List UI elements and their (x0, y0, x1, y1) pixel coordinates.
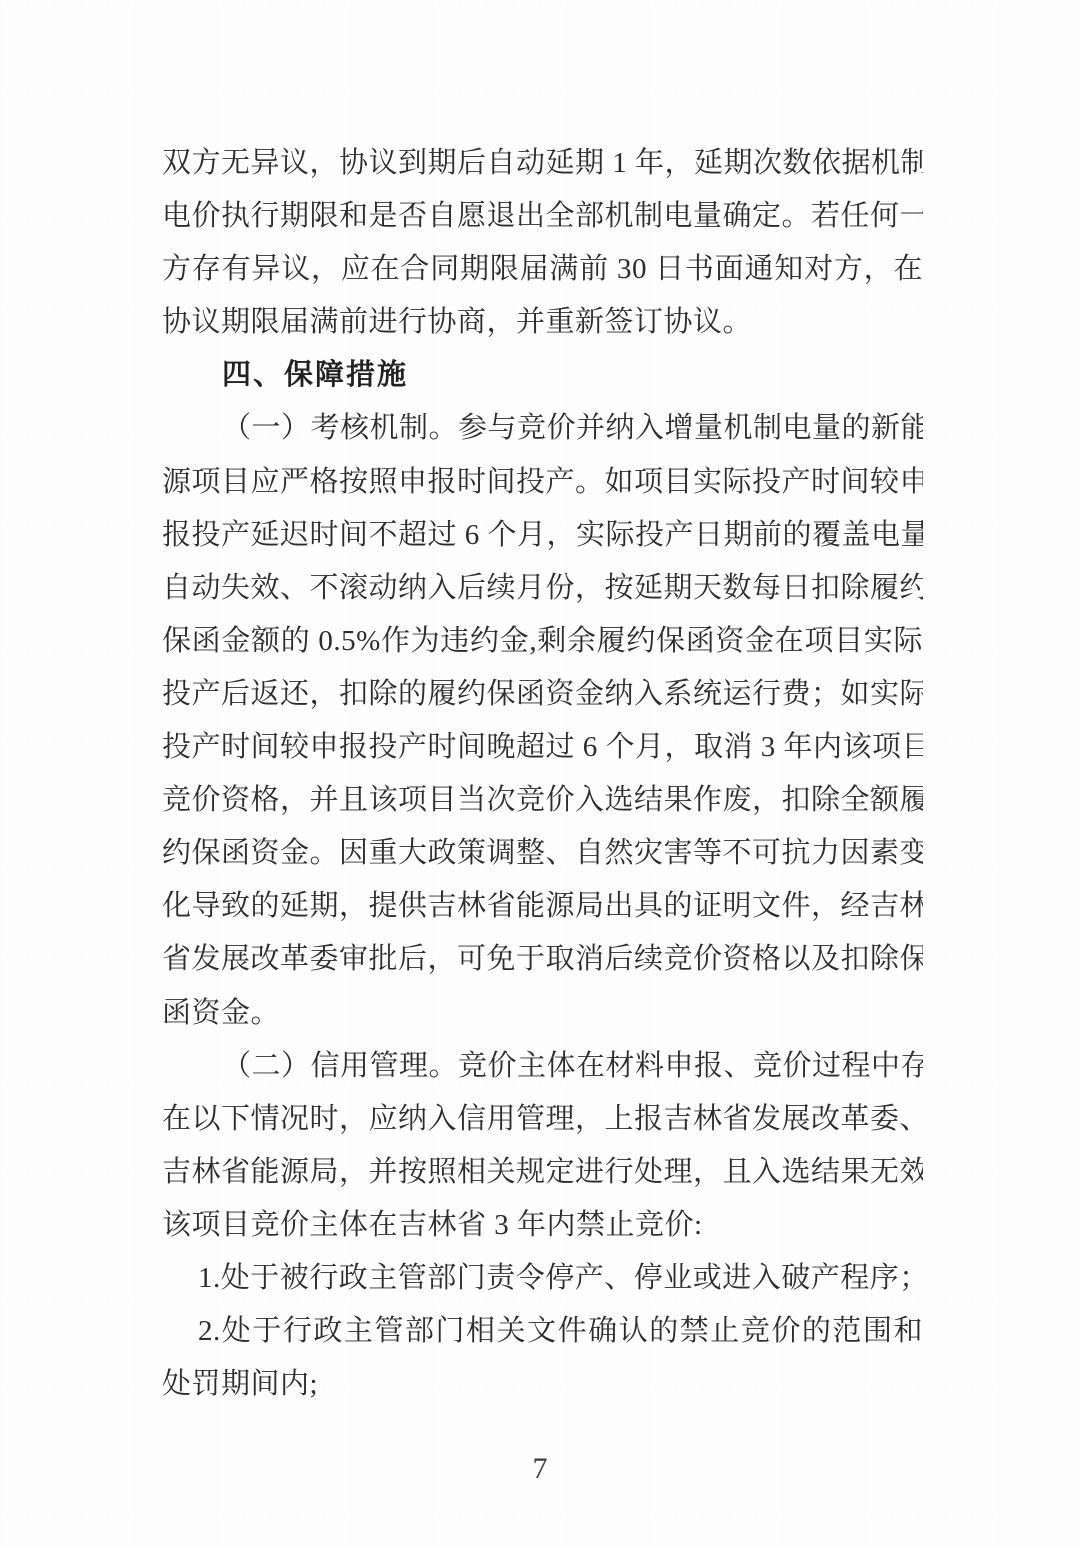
document-line: （一）考核机制。参与竞价并纳入增量机制电量的新能 (162, 402, 923, 455)
document-line: 保函金额的 0.5%作为违约金,剩余履约保函资金在项目实际 (162, 615, 923, 668)
document-line: 投产后返还，扣除的履约保函资金纳入系统运行费；如实际 (162, 668, 923, 721)
document-list-item: 1.处于被行政主管部门责令停产、停业或进入破产程序； (162, 1252, 923, 1305)
document-line: 源项目应严格按照申报时间投产。如项目实际投产时间较申 (162, 456, 923, 509)
document-line: 电价执行期限和是否自愿退出全部机制电量确定。若任何一 (162, 190, 923, 243)
document-line: 报投产延迟时间不超过 6 个月，实际投产日期前的覆盖电量 (162, 509, 923, 562)
document-line: 双方无异议，协议到期后自动延期 1 年，延期次数依据机制 (162, 137, 923, 190)
document-line: 化导致的延期，提供吉林省能源局出具的证明文件，经吉林 (162, 880, 923, 933)
document-line: 在以下情况时，应纳入信用管理，上报吉林省发展改革委、 (162, 1093, 923, 1146)
document-line: 该项目竞价主体在吉林省 3 年内禁止竞价: (162, 1199, 923, 1252)
document-line: 协议期限届满前进行协商，并重新签订协议。 (162, 296, 923, 349)
document-line: 方存有异议，应在合同期限届满前 30 日书面通知对方，在 (162, 243, 923, 296)
document-line: 函资金。 (162, 987, 923, 1040)
document-line: 约保函资金。因重大政策调整、自然灾害等不可抗力因素变 (162, 827, 923, 880)
document-text-block: 双方无异议，协议到期后自动延期 1 年，延期次数依据机制 电价执行期限和是否自愿… (162, 137, 923, 1411)
document-line: 竞价资格，并且该项目当次竞价入选结果作废，扣除全额履 (162, 774, 923, 827)
document-line: 自动失效、不滚动纳入后续月份，按延期天数每日扣除履约 (162, 562, 923, 615)
document-line: 吉林省能源局，并按照相关规定进行处理，且入选结果无效， (162, 1146, 923, 1199)
document-line: 投产时间较申报投产时间晚超过 6 个月，取消 3 年内该项目 (162, 721, 923, 774)
document-page: 双方无异议，协议到期后自动延期 1 年，延期次数依据机制 电价执行期限和是否自愿… (0, 0, 1080, 1547)
section-heading: 四、保障措施 (162, 349, 923, 402)
page-number: 7 (0, 1449, 1080, 1489)
document-line: 省发展改革委审批后，可免于取消后续竞价资格以及扣除保 (162, 933, 923, 986)
document-list-item: 2.处于行政主管部门相关文件确认的禁止竞价的范围和 (162, 1305, 923, 1358)
document-line: （二）信用管理。竞价主体在材料申报、竞价过程中存 (162, 1040, 923, 1093)
document-line: 处罚期间内; (162, 1358, 923, 1411)
